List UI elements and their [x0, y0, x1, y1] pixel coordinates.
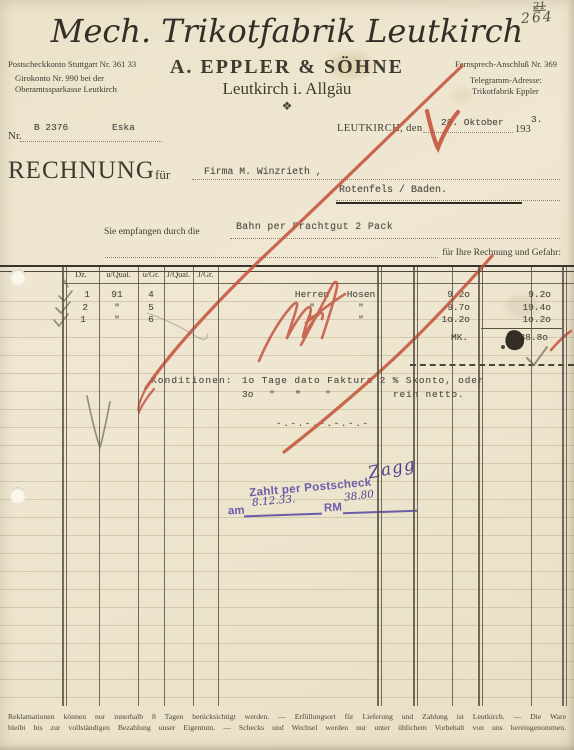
red-diagonal-stroke-2 — [284, 256, 492, 452]
table-vertical-line — [218, 267, 219, 706]
red-scrawl — [259, 282, 345, 361]
ink-blot — [505, 330, 524, 350]
annotation-overlay — [0, 0, 574, 750]
table-vertical-line — [562, 267, 564, 706]
table-vertical-line — [377, 267, 379, 706]
table-vertical-line — [138, 267, 139, 706]
table-vertical-line — [566, 267, 567, 706]
red-tick-total — [551, 331, 571, 350]
table-vertical-line — [381, 267, 382, 706]
table-vertical-line — [452, 267, 453, 706]
ink-blot-dot — [501, 345, 505, 349]
red-diagonal-hook — [138, 388, 154, 412]
table-vertical-line — [99, 267, 100, 706]
table-vertical-line — [413, 267, 415, 706]
table-vertical-line — [62, 267, 64, 706]
table-vertical-line — [478, 267, 480, 706]
table-vertical-line — [66, 267, 67, 706]
table-vertical-line — [164, 267, 165, 706]
table-vertical-line — [531, 267, 532, 706]
table-vertical-line — [193, 267, 194, 706]
table-vertical-line — [482, 267, 483, 706]
pencil-marks — [54, 280, 547, 447]
red-check-date — [427, 111, 458, 148]
invoice-document: 21 264 Mech. Trikotfabrik Leutkirch A. E… — [0, 0, 574, 750]
table-vertical-line — [417, 267, 418, 706]
